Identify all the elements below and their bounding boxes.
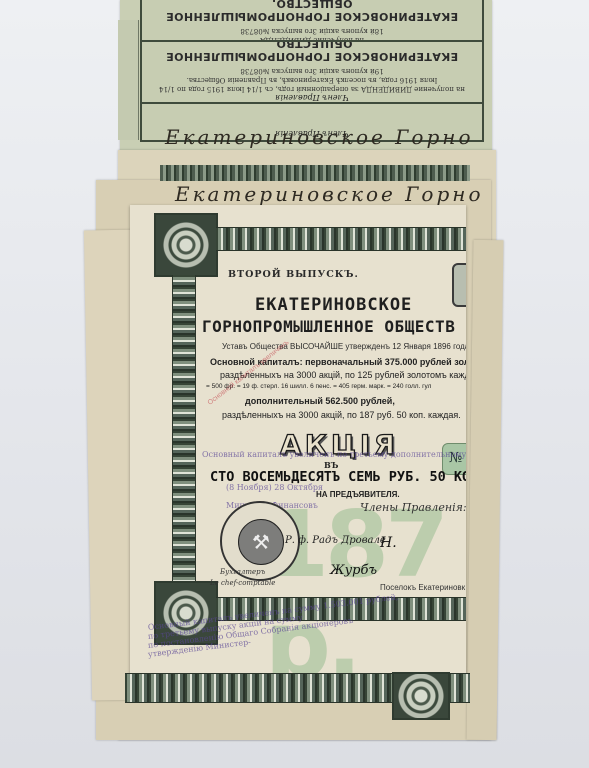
- coupon-text: на получение ДИВИДЕНДА за операціонный г…: [142, 75, 482, 93]
- coupon-title: ЕКАТЕРИНОВСКОЕ ГОРНОПРОМЫШЛЕННОЕ ОБЩЕСТВ…: [142, 0, 482, 23]
- issue-label: ВТОРОЙ ВЫПУСКЪ.: [228, 269, 359, 280]
- accountant-label-ru: Бухгалтеръ: [220, 568, 265, 576]
- left-border: [172, 275, 196, 605]
- bottom-stamp-note: Основный капиталъ увеличенъ на сумму 1.5…: [148, 623, 466, 659]
- capital-line: Основной капиталъ: первоначальный 375.00…: [210, 357, 466, 367]
- script-heading: Екатериновское Горно: [165, 125, 474, 149]
- dividend-coupon-19: Членъ Правленія на получение ДИВИДЕНДА з…: [140, 40, 484, 106]
- coupon-title: ЕКАТЕРИНОВСКОЕ ГОРНОПРОМЫШЛЕННОЕ ОБЩЕСТВ…: [142, 40, 482, 63]
- number-cartouche: [452, 263, 466, 307]
- signature: Журбъ: [330, 563, 377, 578]
- share-certificate: 187 р. ВТОРОЙ ВЫПУСКЪ. ЕКАТЕРИНОВСКОЕ ГО…: [130, 205, 466, 675]
- coupon-number: 18й купонъ акціи 3го выпуска №08738: [142, 26, 482, 35]
- company-name-line1: ЕКАТЕРИНОВСКОЕ: [255, 295, 412, 315]
- board-members-label: Члены Правленія: Les: [360, 501, 466, 514]
- purple-stamp-line: (8 Ноября) 28 Октября: [226, 483, 323, 492]
- accountant-label-fr: Le chef-comptable: [210, 579, 275, 587]
- signature: Н.: [380, 535, 397, 551]
- signature: Р. ф. Радъ Дровале: [285, 535, 386, 546]
- corner-rosette: [392, 672, 450, 720]
- hammers-icon: ⚒: [238, 519, 284, 565]
- coupon-number: 19й купонъ акціи 3го выпуска №08738: [142, 66, 482, 75]
- script-heading: Екатериновское Горно: [175, 182, 484, 206]
- bearer-label: НА ПРЕДЪЯВИТЕЛЯ.: [316, 490, 400, 499]
- coupon-signature: Членъ Правленія: [142, 93, 482, 102]
- coupon-sheet-edge: [118, 20, 139, 140]
- company-name-line2: ГОРНОПРОМЫШЛЕННОЕ ОБЩЕСТВ: [202, 317, 455, 336]
- charter-line: Уставъ Общества ВЫСОЧАЙШЕ утвержденъ 12 …: [222, 342, 466, 351]
- corner-rosette: [154, 213, 218, 277]
- guilloche-border: [160, 165, 470, 181]
- top-border: [216, 227, 466, 251]
- purple-overprint-stamp: Основный капиталъ увеличенъ по третьему …: [202, 450, 466, 459]
